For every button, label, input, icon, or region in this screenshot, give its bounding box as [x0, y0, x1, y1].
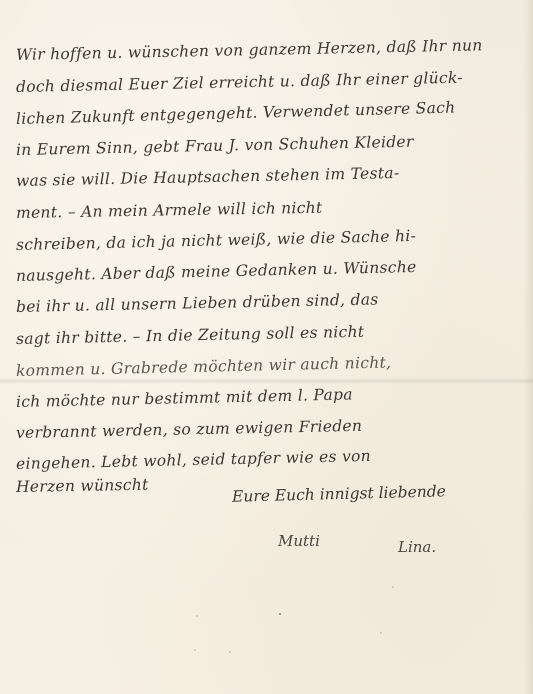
letter-line-15: Herzen wünscht — [16, 476, 149, 496]
letter-line-5: was sie will. Die Hauptsachen stehen im … — [16, 164, 400, 190]
letter-line-4: in Eurem Sinn, gebt Frau J. von Schuhen … — [16, 133, 414, 159]
paper-speck — [196, 615, 198, 617]
paper-fold-crease — [0, 378, 533, 384]
letter-line-12: ich möchte nur bestimmt mit dem l. Papa — [16, 385, 353, 411]
letter-line-13: verbrannt werden, so zum ewigen Frieden — [16, 417, 363, 442]
letter-line-8: nausgeht. Aber daß meine Gedanken u. Wün… — [16, 258, 417, 285]
letter-closing: Eure Euch innigst liebende — [232, 482, 446, 506]
paper-speck — [194, 649, 196, 651]
letter-line-6: ment. – An mein Armele will ich nicht — [16, 199, 323, 222]
letter-line-3: lichen Zukunft entgegengeht. Verwendet u… — [16, 98, 456, 127]
letter-line-9: bei ihr u. all unsern Lieben drüben sind… — [16, 290, 379, 316]
letter-page: Wir hoffen u. wünschen von ganzem Herzen… — [0, 0, 533, 694]
paper-speck — [380, 632, 382, 634]
paper-speck — [392, 586, 394, 588]
paper-speck — [279, 613, 281, 615]
paper-speck — [229, 651, 231, 653]
letter-line-7: schreiben, da ich ja nicht weiß, wie die… — [16, 227, 416, 254]
letter-line-1: Wir hoffen u. wünschen von ganzem Herzen… — [16, 36, 483, 64]
letter-line-14: eingehen. Lebt wohl, seid tapfer wie es … — [16, 447, 371, 473]
letter-line-2: doch diesmal Euer Ziel erreicht u. daß I… — [16, 69, 463, 96]
signature-mutti: Mutti — [278, 532, 320, 550]
letter-line-11: kommen u. Grabrede möchten wir auch nich… — [16, 353, 392, 380]
letter-line-10: sagt ihr bitte. – In die Zeitung soll es… — [16, 323, 365, 348]
signature-lina: Lina. — [398, 538, 436, 556]
